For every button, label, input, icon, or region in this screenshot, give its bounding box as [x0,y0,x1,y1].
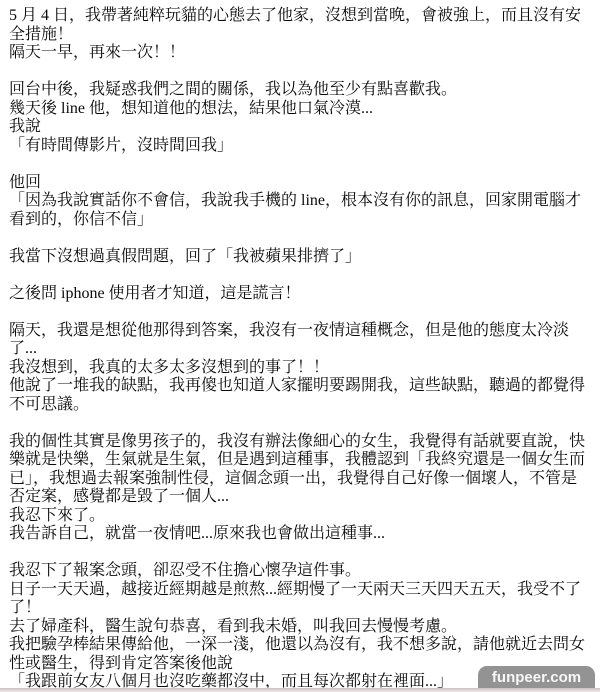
text-line: 他說了一堆我的缺點，我再傻也知道人家擺明要踢開我，這些缺點，聽過的都覺得不可思議… [9,377,590,414]
text-line [9,155,590,174]
bottom-edge-divider [0,688,600,692]
text-line: 我的個性其實是像男孩子的，我沒有辦法像細心的女生，我覺得有話就要直說，快樂就是快… [9,433,590,507]
text-line: 我忍下了報案念頭，卻忍受不住擔心懷孕這件事。 [9,562,590,581]
text-line: 我說 [9,118,590,137]
text-line: 去了婦產科，醫生說句恭喜，看到我未婚，叫我回去慢慢考慮。 [9,618,590,637]
text-line: 幾天後 line 他，想知道他的想法，結果他口氣冷漠... [9,100,590,119]
text-line [9,303,590,322]
text-line: 他回 [9,174,590,193]
text-line: 隔天，我還是想從他那得到答案，我沒有一夜情這種概念，但是他的態度太冷淡了... [9,322,590,359]
text-line: 我忍下來了。 [9,507,590,526]
text-line [9,544,590,563]
text-line: 回台中後，我疑惑我們之間的關係，我以為他至少有點喜歡我。 [9,81,590,100]
watermark-label: funpeer.com [492,669,581,686]
text-line [9,414,590,433]
text-line [9,63,590,82]
text-line [9,266,590,285]
text-line: 隔天一早，再來一次！！ [9,44,590,63]
text-line: 「因為我說實話你不會信，我說我手機的 line，根本沒有你的訊息，回家開電腦才看… [9,192,590,229]
post-page: 5 月 4 日，我帶著純粹玩貓的心態去了他家，沒想到當晚，會被強上，而且沒有安全… [0,0,600,692]
text-line: 日子一天天過，越接近經期越是煎熬...經期慢了一天兩天三天四天五天，我受不了了！ [9,581,590,618]
text-line: 5 月 4 日，我帶著純粹玩貓的心態去了他家，沒想到當晚，會被強上，而且沒有安全… [9,7,590,44]
text-line: 我沒想到，我真的太多太多沒想到的事了！！ [9,359,590,378]
text-line: 之後問 iphone 使用者才知道，這是謊言！ [9,285,590,304]
post-text: 5 月 4 日，我帶著純粹玩貓的心態去了他家，沒想到當晚，會被強上，而且沒有安全… [0,0,600,692]
text-line [9,229,590,248]
text-line: 「有時間傳影片，沒時間回我」 [9,137,590,156]
text-line: 我當下沒想過真假問題，回了「我被蘋果排擠了」 [9,248,590,267]
text-line: 我告訴自己，就當一夜情吧...原來我也會做出這種事... [9,525,590,544]
